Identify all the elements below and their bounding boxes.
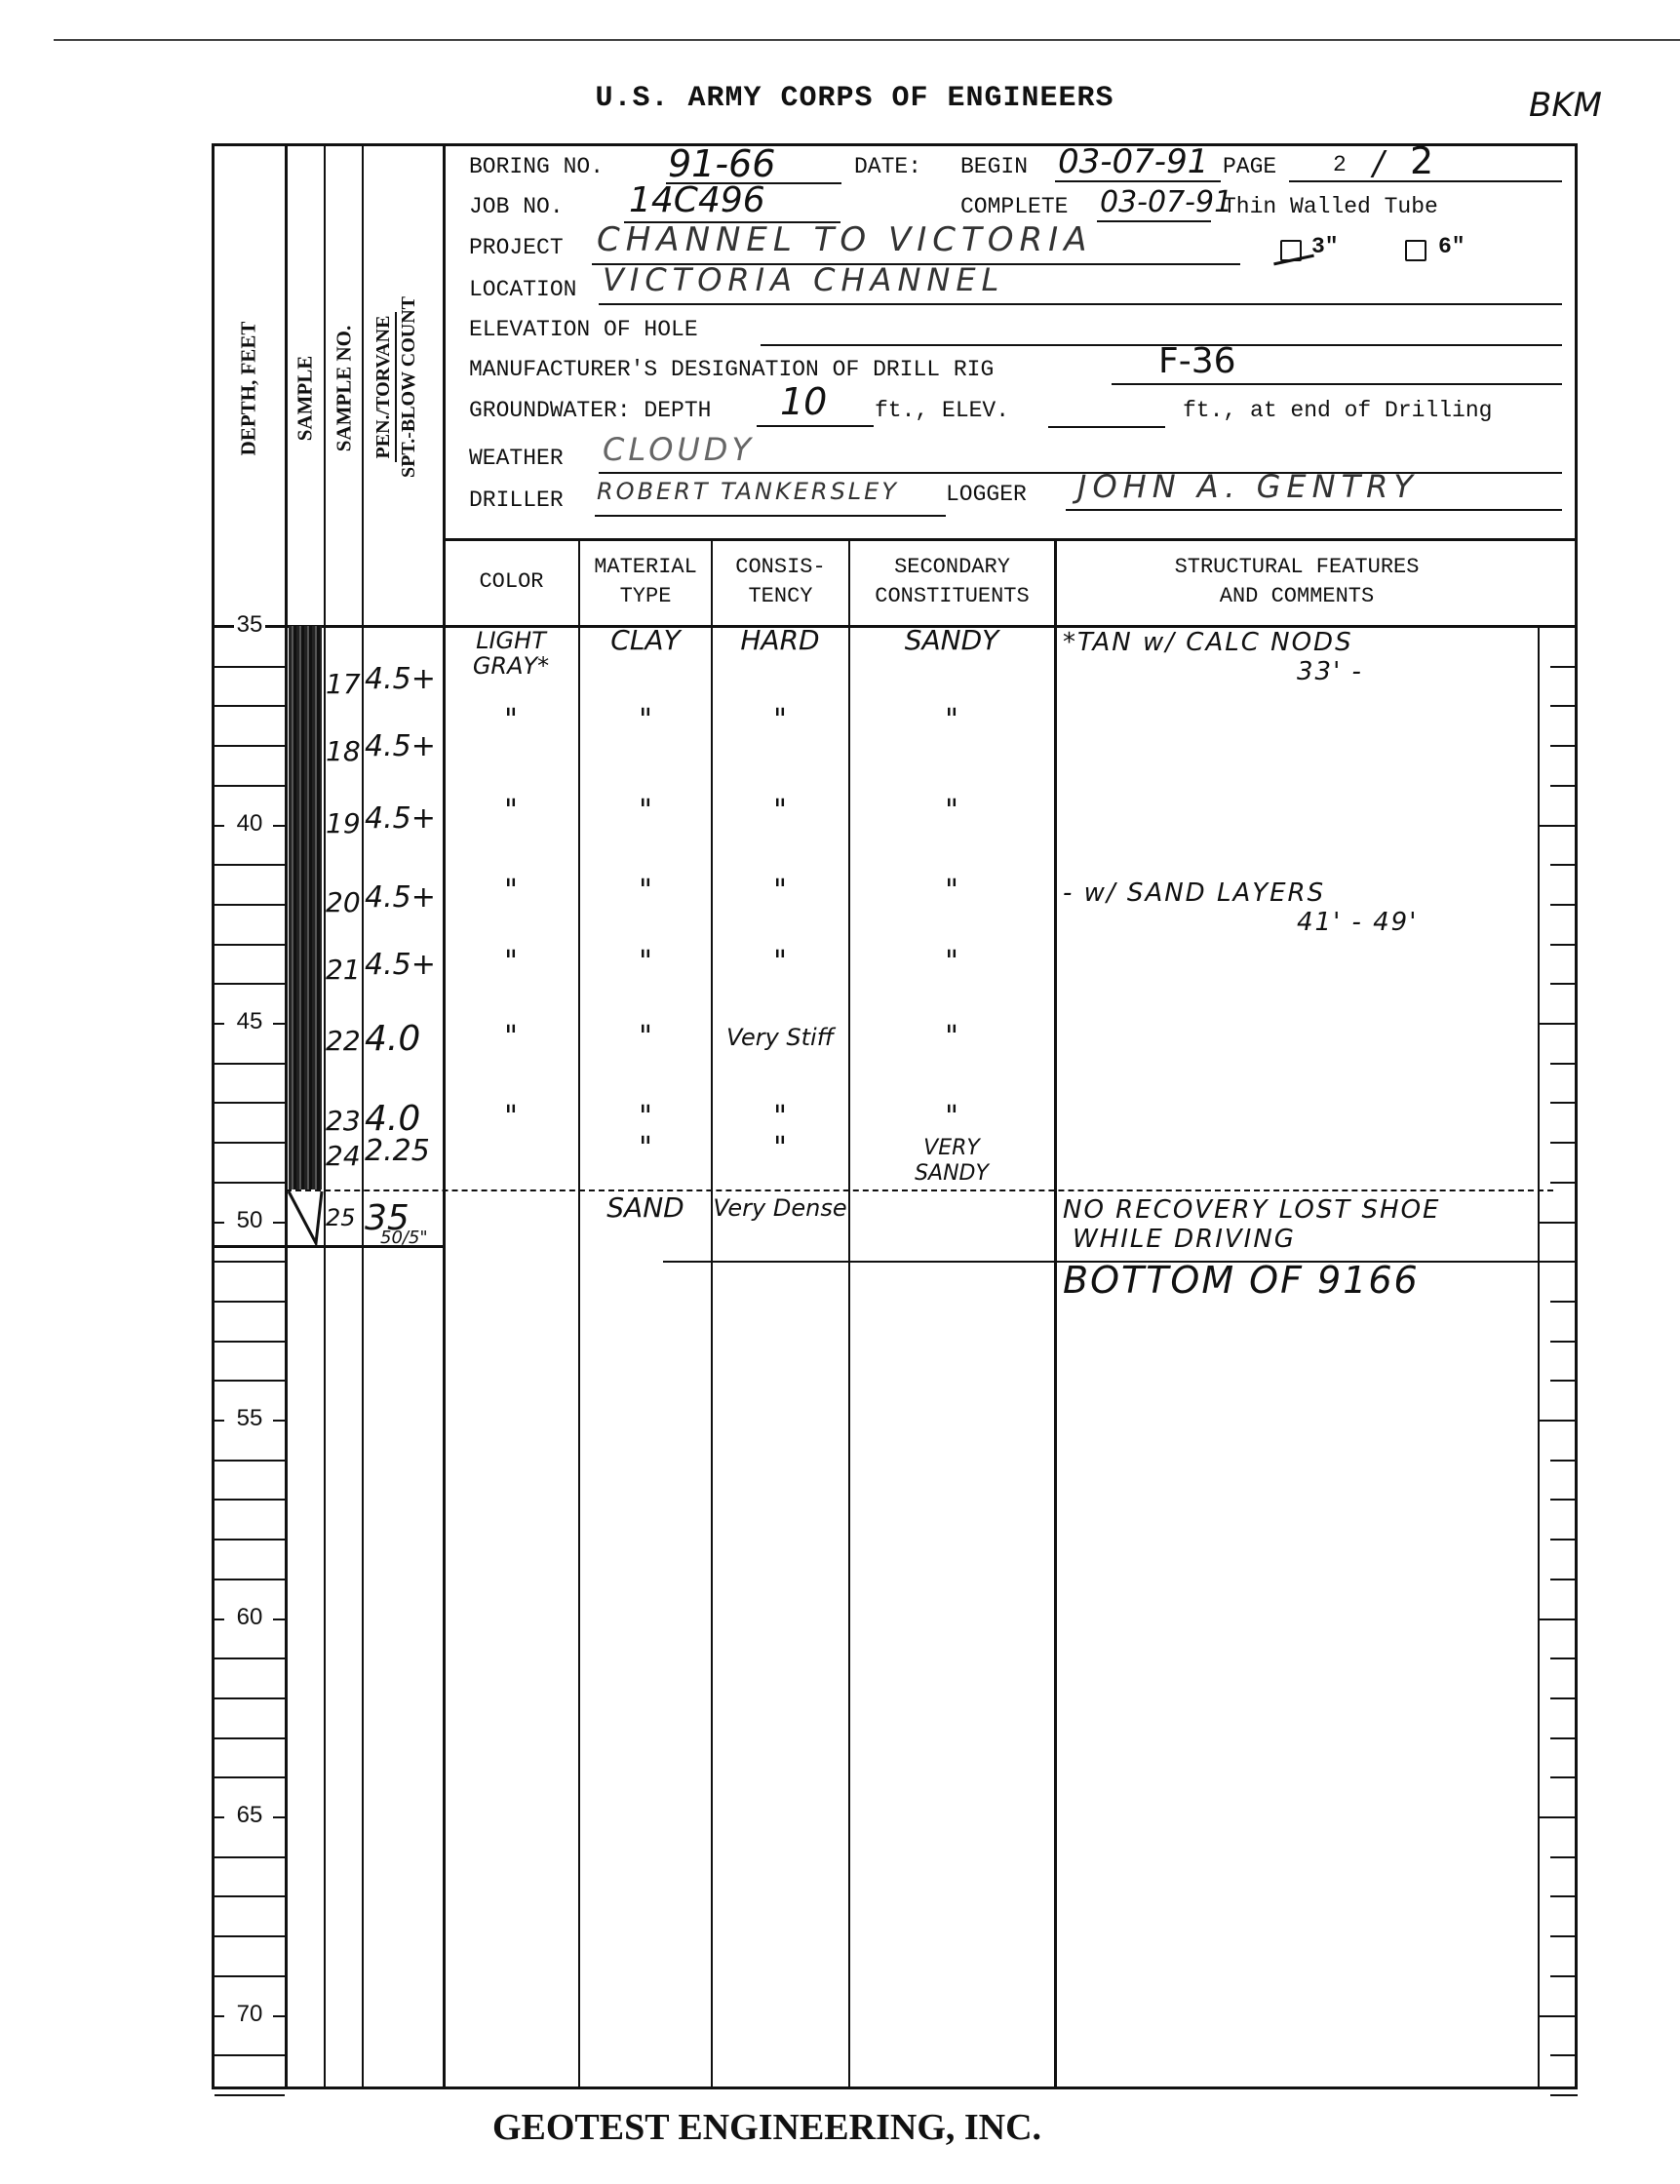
depth-gridline (215, 1460, 285, 1462)
sample-number: 24 (326, 1140, 361, 1172)
depth-label: 55 (215, 1405, 285, 1432)
depth-tick-right (1550, 1657, 1578, 1659)
secondary-value: VERY SANDY (883, 1136, 1020, 1187)
depth-gridline (215, 1341, 285, 1343)
tube-6in-label: 6" (1438, 234, 1465, 259)
col-divider-consistency (848, 538, 850, 2089)
date-label: DATE: (854, 154, 921, 179)
job-no-label: JOB NO. (469, 194, 564, 219)
depth-tick-right (1550, 1261, 1578, 1263)
job-no-value: 14C496 (629, 180, 765, 220)
depth-gridline (215, 1063, 285, 1065)
sample-number: 18 (326, 735, 361, 767)
material-value: CLAY (577, 628, 714, 653)
color-value: " (443, 1025, 579, 1050)
tube-6in-checkbox[interactable] (1405, 240, 1426, 261)
col-divider-secondary (1054, 538, 1057, 2089)
color-value: LIGHT GRAY* (443, 628, 579, 679)
location-line (599, 303, 1562, 305)
sample-number: 19 (326, 807, 361, 839)
consistency-value: " (712, 950, 848, 975)
ft-elev-label: ft., ELEV. (875, 398, 1009, 423)
pen-torvane-value: 4.5+ (365, 729, 436, 763)
depth-tick-major-right-col (1539, 1222, 1578, 1224)
depth-gridline (215, 666, 285, 668)
info-block-bottom (443, 538, 1578, 541)
col-divider-tick-column (1538, 625, 1540, 2089)
company-footer: GEOTEST ENGINEERING, INC. (0, 2106, 1680, 2149)
depth-tick-right (1550, 1895, 1578, 1897)
pen-torvane-value: 4.5+ (365, 948, 436, 982)
depth-gridline (215, 1697, 285, 1699)
depth-tick-right (1550, 983, 1578, 985)
end-of-drilling-label: ft., at end of Drilling (1183, 398, 1492, 423)
depth-tick-major-right-col (1539, 626, 1578, 628)
depth-tick-right (1550, 1776, 1578, 1778)
secondary-value: " (883, 950, 1020, 975)
material-value: SAND (577, 1195, 714, 1221)
pen-torvane-label: PEN./TORVANE (371, 312, 397, 463)
spt-sample-triangle-icon (287, 1189, 324, 1245)
secondary-value: " (883, 1025, 1020, 1050)
column-header-structural-features: STRUCTURAL FEATURESAND COMMENTS (1056, 542, 1538, 622)
column-header-color: COLOR (445, 542, 578, 622)
pen-torvane-value: 4.5+ (365, 880, 436, 915)
color-value: " (443, 1105, 579, 1130)
depth-label: 65 (215, 1802, 285, 1829)
consistency-value: Very Stiff (712, 1025, 848, 1050)
comments-continued: 41' - 49' (1297, 908, 1418, 937)
depth-gridline (215, 864, 285, 866)
depth-gridline (215, 944, 285, 946)
comments-continued: 33' - (1297, 657, 1363, 686)
weather-label: WEATHER (469, 446, 564, 471)
column-header-consistency: CONSIS-TENCY (713, 542, 848, 622)
scan-edge-line (54, 39, 1680, 41)
location-label: LOCATION (469, 277, 576, 302)
driller-line (595, 515, 946, 517)
depth-tick-right (1550, 1499, 1578, 1501)
sample-number: 25 (326, 1204, 356, 1231)
depth-label: 50 (215, 1207, 285, 1234)
depth-tick-right (1550, 1063, 1578, 1065)
material-value: " (577, 1136, 714, 1161)
depth-tick-right (1550, 1380, 1578, 1382)
depth-tick-right (1550, 2094, 1578, 2096)
complete-label: COMPLETE (960, 194, 1068, 219)
column-header-sample-no: SAMPLE NO. (332, 292, 357, 487)
secondary-value: " (883, 878, 1020, 904)
depth-gridline (215, 904, 285, 906)
column-header-secondary-constituents: SECONDARYCONSTITUENTS (850, 542, 1054, 622)
col-divider-color (578, 538, 580, 2089)
material-value: " (577, 950, 714, 975)
depth-gridline (215, 785, 285, 787)
depth-tick-major-right-col (1539, 1618, 1578, 1620)
depth-tick-major-right-col (1539, 1420, 1578, 1422)
depth-gridline (215, 1579, 285, 1580)
pen-torvane-value: 4.5+ (365, 662, 436, 696)
weather-value: CLOUDY (603, 431, 755, 468)
elevation-label: ELEVATION OF HOLE (469, 317, 698, 342)
depth-gridline (215, 2094, 285, 2096)
column-header-pen-spt: PEN./TORVANE SPT.-BLOW COUNT (371, 260, 420, 514)
comments-continued: WHILE DRIVING (1073, 1225, 1296, 1254)
consistency-value: " (712, 1136, 848, 1161)
sample-number: 22 (326, 1025, 361, 1057)
tube-3in-label: 3" (1311, 234, 1339, 259)
reviewer-initials: BKM (1529, 86, 1602, 125)
depth-tick-major-right-col (1539, 1023, 1578, 1025)
depth-tick-major-right-col (1539, 825, 1578, 827)
depth-gridline (215, 1380, 285, 1382)
depth-label: 60 (215, 1604, 285, 1631)
groundwater-elev-line (1048, 426, 1165, 428)
material-value: " (577, 878, 714, 904)
depth-tick-right (1550, 745, 1578, 747)
spt-blow-count-value: 50/5" (380, 1228, 428, 1248)
depth-tick-right (1550, 1737, 1578, 1739)
secondary-value: " (883, 1105, 1020, 1130)
drill-rig-value: F-36 (1158, 341, 1236, 381)
depth-label-text: 70 (234, 2001, 266, 2027)
pen-torvane-value: 2.25 (365, 1134, 430, 1168)
depth-gridline (215, 745, 285, 747)
depth-gridline (215, 1102, 285, 1104)
material-value: " (577, 1105, 714, 1130)
driller-label: DRILLER (469, 487, 564, 513)
col-divider-material (711, 538, 713, 2089)
depth-gridline (215, 1182, 285, 1184)
secondary-value: SANDY (883, 628, 1020, 653)
pen-torvane-value: 4.0 (365, 1019, 420, 1059)
depth-gridline (215, 1301, 285, 1303)
column-header-sample: SAMPLE (293, 301, 318, 496)
sample-number: 20 (326, 886, 361, 918)
page-current: 2 (1333, 152, 1347, 177)
depth-gridline (215, 1737, 285, 1739)
depth-gridline (215, 1142, 285, 1144)
col-divider-depth (285, 143, 288, 2089)
depth-gridline (215, 1499, 285, 1501)
consistency-value: " (712, 708, 848, 733)
sample-number: 23 (326, 1105, 361, 1137)
depth-tick-right (1550, 1182, 1578, 1184)
depth-tick-right (1550, 944, 1578, 946)
depth-tick-right (1550, 1301, 1578, 1303)
depth-tick-major-right-col (1539, 2015, 1578, 2017)
depth-tick-right (1550, 666, 1578, 668)
driller-value: ROBERT TANKERSLEY (597, 478, 899, 505)
depth-gridline (215, 2054, 285, 2056)
consistency-value: Very Dense (712, 1195, 848, 1221)
comments-value: BOTTOM OF 9166 (1063, 1259, 1420, 1302)
depth-gridline (215, 1935, 285, 1937)
depth-label: 45 (215, 1008, 285, 1035)
secondary-value: " (883, 708, 1020, 733)
logger-value: JOHN A. GENTRY (1077, 468, 1419, 505)
depth-tick-right (1550, 904, 1578, 906)
drill-rig-label: MANUFACTURER'S DESIGNATION OF DRILL RIG (469, 357, 994, 382)
depth-tick-right (1550, 785, 1578, 787)
depth-tick-right (1550, 1341, 1578, 1343)
depth-tick-right (1550, 1579, 1578, 1580)
project-label: PROJECT (469, 235, 564, 260)
depth-gridline (215, 1975, 285, 1977)
page-label: PAGE (1223, 154, 1276, 179)
depth-gridline (215, 1261, 285, 1263)
depth-gridline (215, 1657, 285, 1659)
depth-tick-right (1550, 1102, 1578, 1104)
depth-tick-right (1550, 1460, 1578, 1462)
depth-label-text: 55 (234, 1405, 266, 1431)
groundwater-depth-line (757, 425, 874, 427)
depth-label: 70 (215, 2001, 285, 2028)
page-total: 2 (1410, 139, 1433, 182)
spt-blow-count-label: SPT.-BLOW COUNT (397, 296, 420, 478)
depth-tick-right (1550, 1935, 1578, 1937)
groundwater-label: GROUNDWATER: DEPTH (469, 398, 711, 423)
depth-tick-right (1550, 1142, 1578, 1144)
depth-tick-right (1550, 1975, 1578, 1977)
logger-line (1066, 509, 1562, 511)
depth-gridline (215, 705, 285, 707)
project-value: CHANNEL TO VICTORIA (597, 220, 1092, 259)
page-separator: / (1373, 144, 1384, 183)
sample-number: 17 (326, 668, 361, 700)
depth-label-text: 60 (234, 1604, 266, 1630)
depth-tick-right (1550, 864, 1578, 866)
comments-value: NO RECOVERY LOST SHOE (1063, 1195, 1440, 1225)
column-header-material-type: MATERIALTYPE (580, 542, 711, 622)
depth-tick-right (1550, 1539, 1578, 1540)
depth-tick-right (1550, 1856, 1578, 1858)
boring-no-label: BORING NO. (469, 154, 604, 179)
begin-date-value: 03-07-91 (1058, 142, 1208, 181)
depth-gridline (215, 1539, 285, 1540)
depth-tick-right (1550, 1697, 1578, 1699)
depth-tick-right (1550, 705, 1578, 707)
secondary-value: " (883, 799, 1020, 824)
col-divider-sample-no (362, 143, 364, 2089)
depth-gridline (215, 1895, 285, 1897)
consistency-value: HARD (712, 628, 848, 653)
depth-tick-right (1550, 2054, 1578, 2056)
depth-label-text: 35 (234, 611, 266, 638)
boring-no-value: 91-66 (668, 142, 775, 185)
consistency-value: " (712, 1105, 848, 1130)
color-value: " (443, 950, 579, 975)
color-value: " (443, 799, 579, 824)
depth-label-text: 50 (234, 1207, 266, 1233)
depth-label-text: 65 (234, 1802, 266, 1828)
location-value: VICTORIA CHANNEL (603, 261, 1004, 298)
depth-label: 35 (215, 611, 285, 639)
column-header-depth: DEPTH, FEET (237, 292, 261, 487)
consistency-value: " (712, 799, 848, 824)
comments-value: - w/ SAND LAYERS (1063, 878, 1325, 908)
material-value: " (577, 799, 714, 824)
stratum-boundary-line (286, 1189, 1553, 1191)
material-value: " (577, 708, 714, 733)
depth-gridline (215, 983, 285, 985)
pen-torvane-value: 4.0 (365, 1099, 420, 1139)
drill-rig-line (1112, 383, 1562, 385)
depth-label: 40 (215, 810, 285, 838)
depth-gridline (215, 1856, 285, 1858)
begin-label: BEGIN (960, 154, 1028, 179)
agency-title: U.S. ARMY CORPS OF ENGINEERS (0, 82, 1680, 115)
depth-label-text: 40 (234, 810, 266, 837)
comments-value: *TAN w/ CALC NODS (1063, 628, 1353, 657)
color-value: " (443, 878, 579, 904)
groundwater-depth-value: 10 (780, 380, 827, 423)
sample-number: 21 (326, 954, 361, 986)
material-value: " (577, 1025, 714, 1050)
consistency-value: " (712, 878, 848, 904)
tube-sample-shading (289, 626, 322, 1189)
depth-gridline (215, 1776, 285, 1778)
logger-label: LOGGER (946, 482, 1027, 507)
depth-tick-major-right-col (1539, 1816, 1578, 1818)
thin-walled-tube-label: Thin Walled Tube (1223, 194, 1438, 219)
depth-label-text: 45 (234, 1008, 266, 1034)
pen-torvane-value: 4.5+ (365, 801, 436, 836)
complete-date-line (1097, 220, 1211, 222)
color-value: " (443, 708, 579, 733)
complete-date-value: 03-07-91 (1100, 185, 1232, 219)
